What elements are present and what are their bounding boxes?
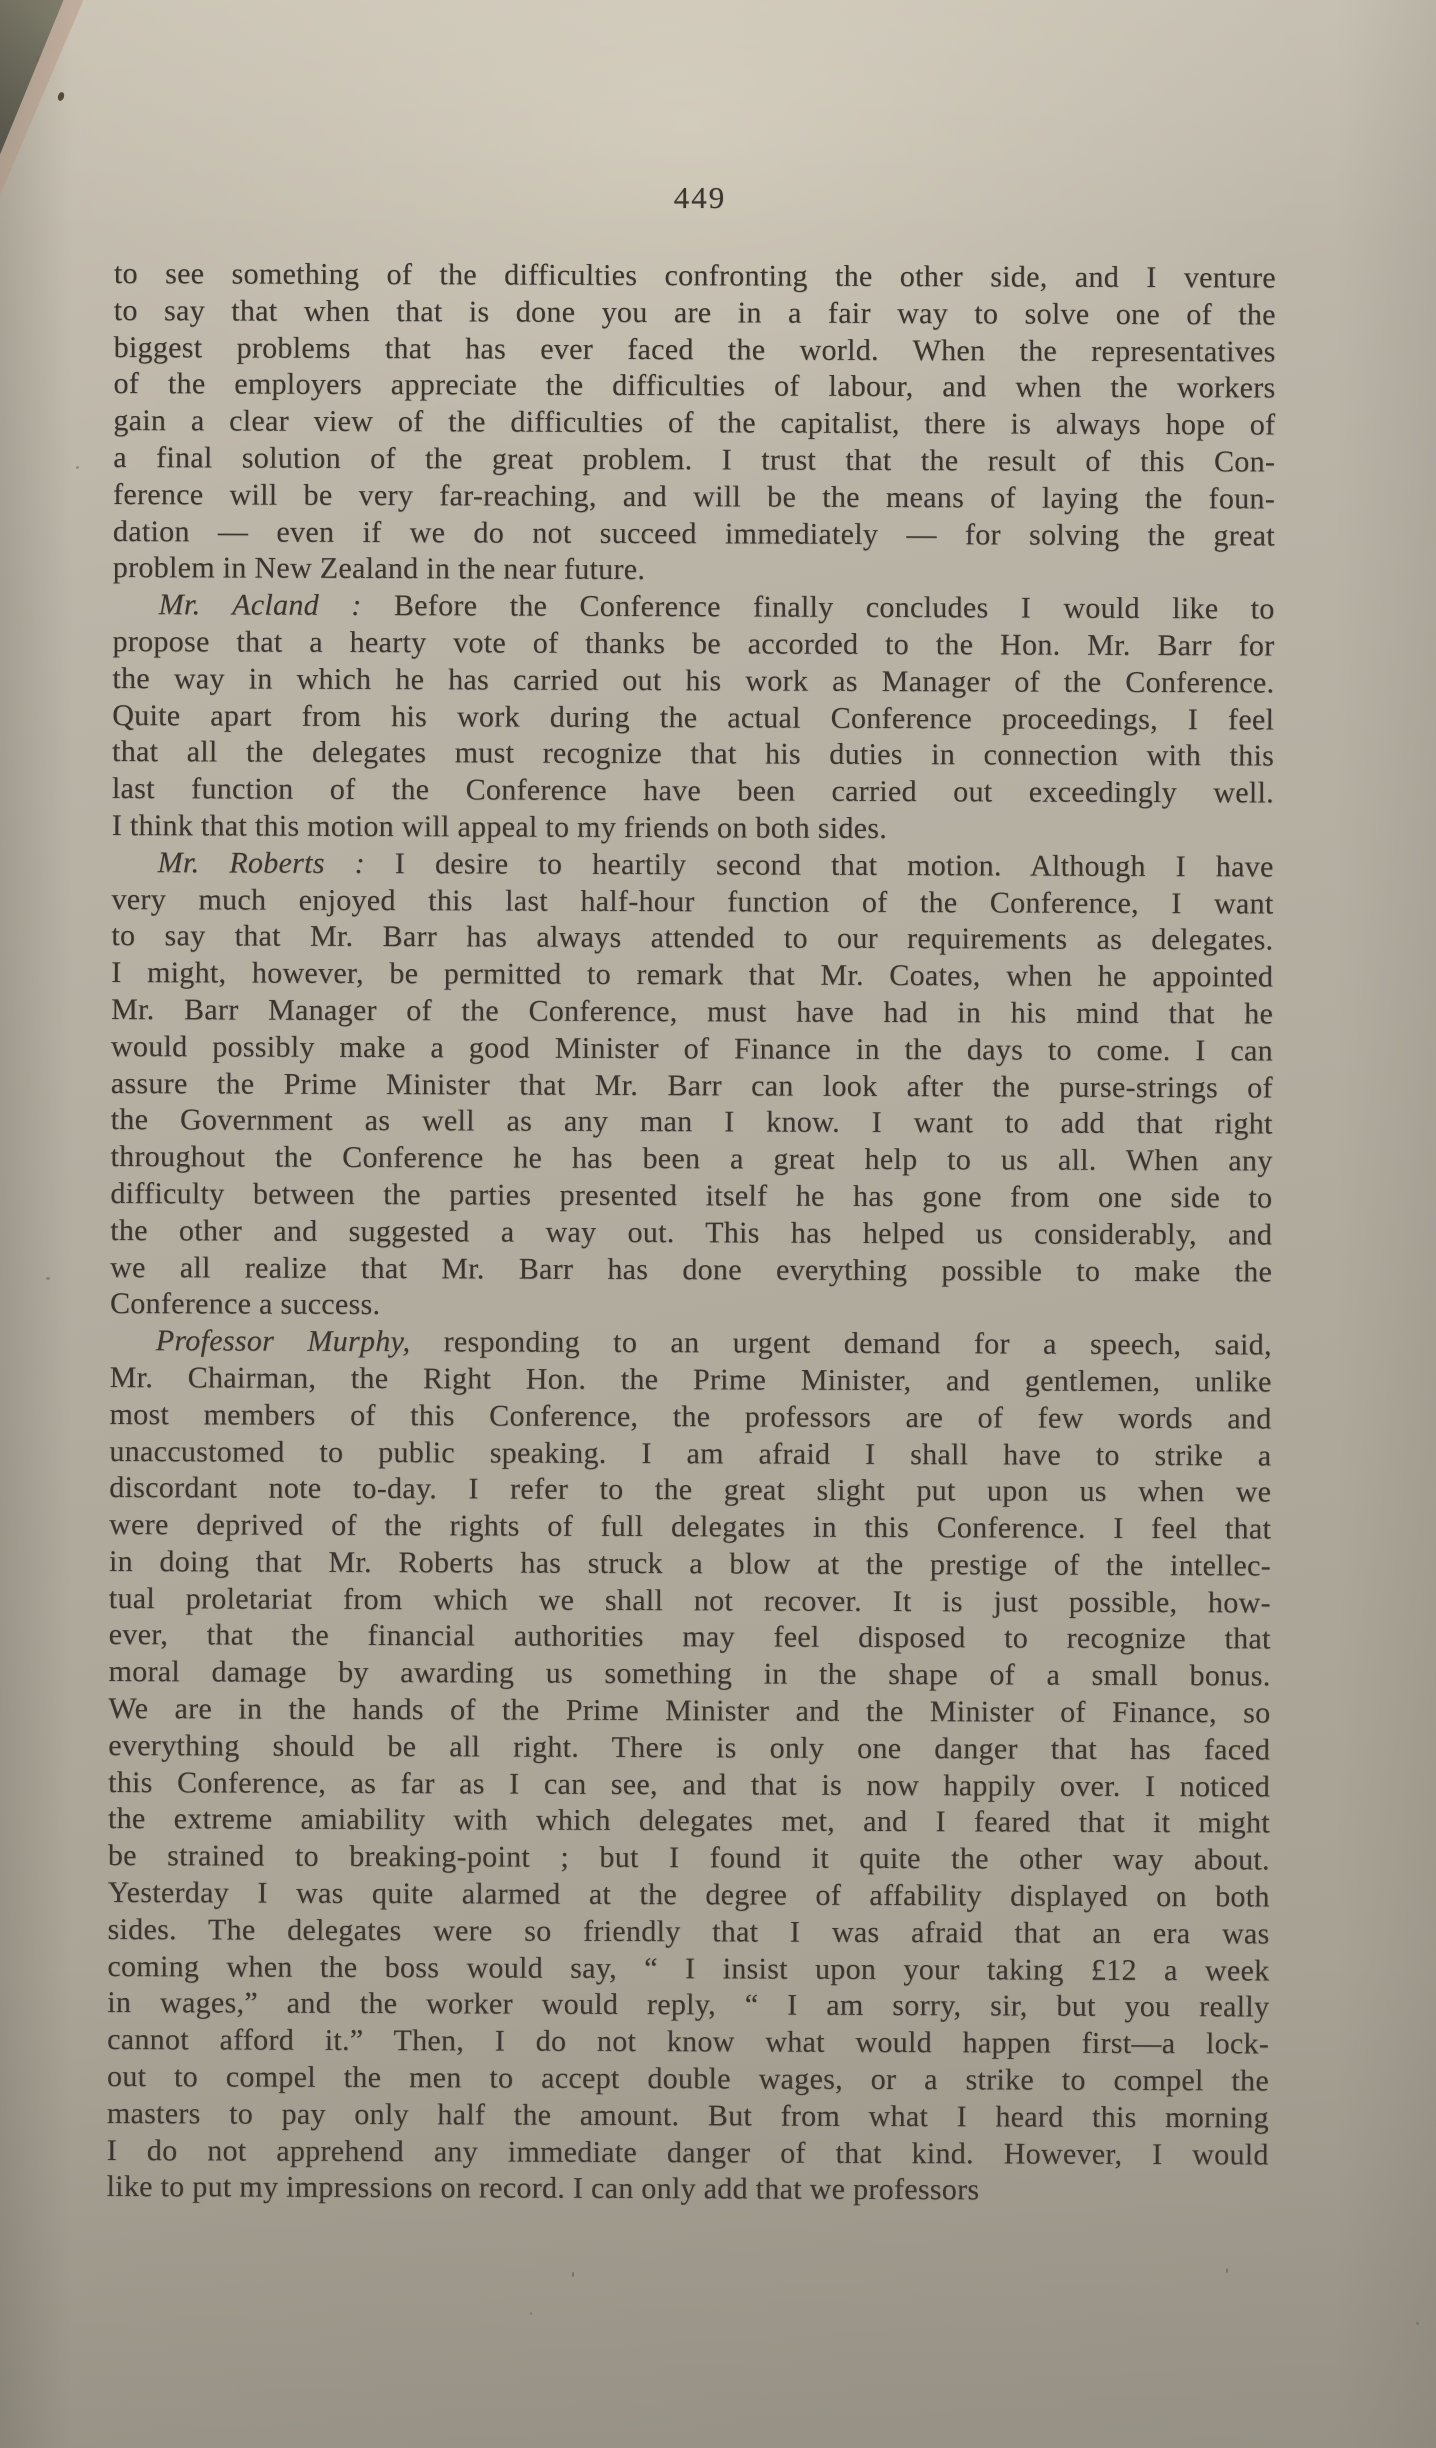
text-line: we all realize that Mr. Barr has done ev… [110, 1250, 1272, 1291]
text-line: biggest problems that has ever faced the… [114, 330, 1276, 371]
text-line: gain a clear view of the difficulties of… [113, 403, 1275, 444]
text-line: Professor Murphy, responding to an urgen… [110, 1323, 1272, 1364]
ink-speck [76, 466, 79, 469]
text-line: ever, that the financial authorities may… [109, 1617, 1271, 1658]
paragraph: Professor Murphy, responding to an urgen… [107, 1323, 1272, 2211]
text-line: dation — even if we do not succeed immed… [113, 514, 1275, 555]
text-line: everything should be all right. There is… [108, 1728, 1270, 1769]
text-line: would possibly make a good Minister of F… [111, 1029, 1273, 1070]
text-line: problem in New Zealand in the near futur… [113, 550, 1275, 591]
text-line: masters to pay only half the amount. But… [107, 2096, 1269, 2137]
text-line: Quite apart from his work during the act… [112, 698, 1274, 739]
text-line: difficulty between the parties presented… [110, 1176, 1272, 1217]
text-line: to see something of the difficulties con… [114, 256, 1276, 297]
text-line: Mr. Acland : Before the Conference final… [113, 587, 1275, 628]
speaker-name: Mr. Acland : [159, 588, 362, 622]
page-text: to see something of the difficulties con… [107, 256, 1276, 2211]
text-line: tual proletariat from which we shall not… [109, 1581, 1271, 1622]
speaker-name: Mr. Roberts : [158, 846, 365, 880]
ink-speck [1416, 2322, 1419, 2325]
ink-speck [572, 2272, 574, 2277]
text-line: were deprived of the rights of full dele… [109, 1507, 1271, 1548]
text-line: in wages,” and the worker would reply, “… [107, 1985, 1269, 2026]
text-line: this Conference, as far as I can see, an… [108, 1765, 1270, 1806]
text-line: We are in the hands of the Prime Ministe… [108, 1691, 1270, 1732]
text-line: Mr. Roberts : I desire to heartily secon… [112, 845, 1274, 886]
paragraph: Mr. Roberts : I desire to heartily secon… [110, 845, 1274, 1328]
paragraph: Mr. Acland : Before the Conference final… [112, 587, 1275, 849]
ink-speck [530, 2312, 532, 2315]
text-line: I think that this motion will appeal to … [112, 808, 1274, 849]
book-page: 449 to see something of the difficulties… [0, 0, 1436, 2448]
text-line: the Government as well as any man I know… [111, 1102, 1273, 1143]
text-line: be strained to breaking-point ; but I fo… [108, 1838, 1270, 1879]
text-line: a final solution of the great problem. I… [113, 440, 1275, 481]
text-line: to say that Mr. Barr has always attended… [111, 918, 1273, 959]
text-line: like to put my impressions on record. I … [107, 2169, 1269, 2210]
text-line: Mr. Chairman, the Right Hon. the Prime M… [110, 1360, 1272, 1401]
text-line: the way in which he has carried out his … [112, 661, 1274, 702]
paragraph: to see something of the difficulties con… [113, 256, 1276, 592]
text-line: assure the Prime Minister that Mr. Barr … [111, 1066, 1273, 1107]
text-line: ference will be very far-reaching, and w… [113, 477, 1275, 518]
text-line: Conference a success. [110, 1286, 1272, 1327]
text-line: I might, however, be permitted to remark… [111, 955, 1273, 996]
text-line: moral damage by awarding us something in… [108, 1654, 1270, 1695]
text-line: Yesterday I was quite alarmed at the deg… [108, 1875, 1270, 1916]
speaker-name: Professor Murphy, [156, 1324, 411, 1358]
text-line: coming when the boss would say, “ I insi… [107, 1949, 1269, 1990]
text-line: sides. The delegates were so friendly th… [108, 1912, 1270, 1953]
text-line: out to compel the men to accept double w… [107, 2059, 1269, 2100]
text-line: very much enjoyed this last half-hour fu… [111, 882, 1273, 923]
text-line: throughout the Conference he has been a … [110, 1139, 1272, 1180]
text-line: propose that a hearty vote of thanks be … [112, 624, 1274, 665]
text-line: Mr. Barr Manager of the Conference, must… [111, 992, 1273, 1033]
ink-speck [57, 91, 65, 101]
text-line: last function of the Conference have bee… [112, 771, 1274, 812]
text-line: that all the delegates must recognize th… [112, 734, 1274, 775]
text-line: cannot afford it.” Then, I do not know w… [107, 2022, 1269, 2063]
text-line: most members of this Conference, the pro… [109, 1397, 1271, 1438]
text-line: of the employers appreciate the difficul… [113, 366, 1275, 407]
text-line: I do not apprehend any immediate danger … [107, 2133, 1269, 2174]
text-line: to say that when that is done you are in… [114, 293, 1276, 334]
text-line: discordant note to-day. I refer to the g… [109, 1470, 1271, 1511]
text-line: the other and suggested a way out. This … [110, 1213, 1272, 1254]
ink-speck [1226, 2268, 1228, 2273]
text-line: unaccustomed to public speaking. I am af… [109, 1433, 1271, 1474]
text-line: the extreme amiability with which delega… [108, 1801, 1270, 1842]
ink-speck [46, 1277, 50, 1280]
text-line: in doing that Mr. Roberts has struck a b… [109, 1544, 1271, 1585]
page-number: 449 [0, 180, 1400, 216]
